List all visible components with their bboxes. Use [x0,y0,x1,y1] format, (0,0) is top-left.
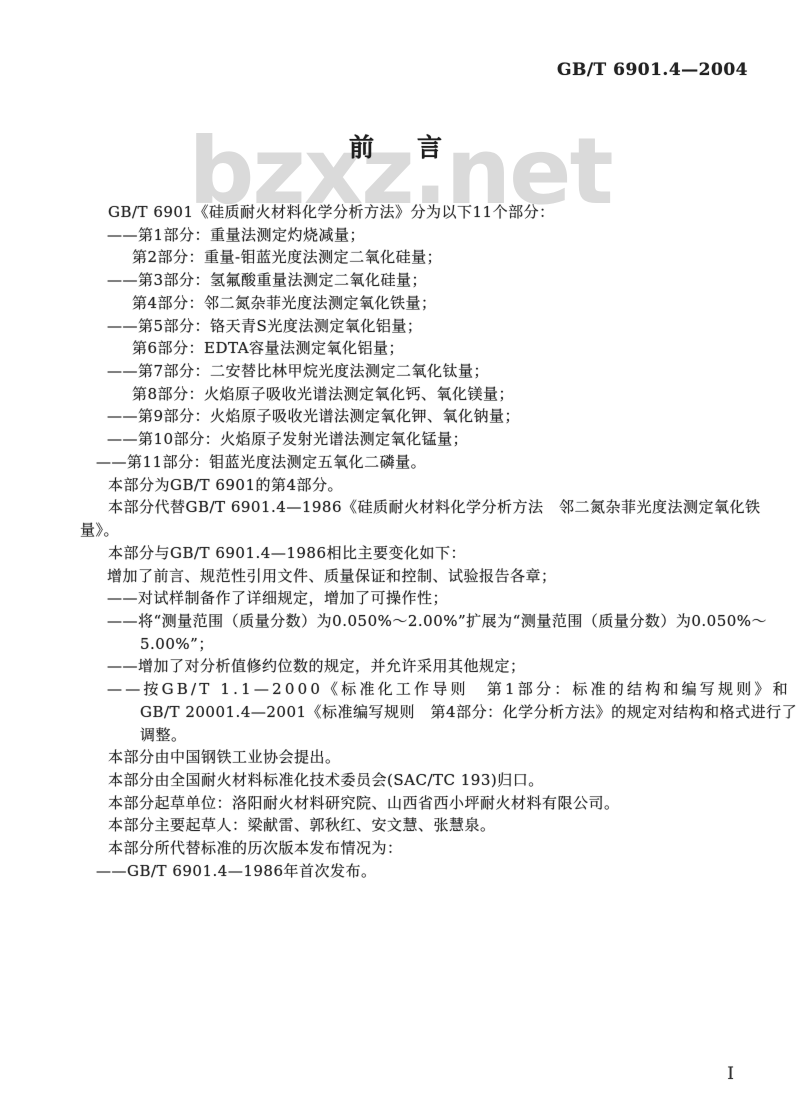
foreword-line: ——第11部分：钼蓝光度法测定五氧化二磷量。 [80,451,770,474]
foreword-line: 5.00%”； [80,633,770,656]
foreword-line: 本部分由中国钢铁工业协会提出。 [80,746,770,769]
foreword-line: ——按GB/T 1.1—2000《标准化工作导则 第1部分：标准的结构和编写规则… [80,678,770,701]
foreword-line: ——GB/T 6901.4—1986年首次发布。 [80,860,770,883]
foreword-line: 本部分主要起草人：梁献雷、郭秋红、安文慧、张慧泉。 [80,814,770,837]
foreword-line: 本部分由全国耐火材料标准化技术委员会(SAC/TC 193)归口。 [80,769,770,792]
foreword-line: 本部分所代替标准的历次版本发布情况为： [80,837,770,860]
foreword-line: ——第10部分：火焰原子发射光谱法测定氧化锰量； [80,428,770,451]
foreword-line: ——第1部分：重量法测定灼烧减量； [80,224,770,247]
foreword-line: 第8部分：火焰原子吸收光谱法测定氧化钙、氧化镁量； [80,383,770,406]
standard-code: GB/T 6901.4—2004 [557,60,748,80]
foreword-line: 增加了前言、规范性引用文件、质量保证和控制、试验报告各章； [80,565,770,588]
foreword-line: 量》。 [80,519,770,542]
foreword-line: 本部分为GB/T 6901的第4部分。 [80,474,770,497]
foreword-body: GB/T 6901《硅质耐火材料化学分析方法》分为以下11个部分：——第1部分：… [80,201,770,883]
foreword-line: 第6部分：EDTA容量法测定氧化铝量； [80,337,770,360]
page-number: I [727,1064,734,1084]
foreword-line: 本部分与GB/T 6901.4—1986相比主要变化如下： [80,542,770,565]
foreword-line: ——将“测量范围（质量分数）为0.050%～2.00%”扩展为“测量范围（质量分… [80,610,770,633]
foreword-line: ——第3部分：氢氟酸重量法测定二氧化硅量； [80,269,770,292]
foreword-line: 本部分起草单位：洛阳耐火材料研究院、山西省西小坪耐火材料有限公司。 [80,792,770,815]
foreword-line: GB/T 6901《硅质耐火材料化学分析方法》分为以下11个部分： [80,201,770,224]
foreword-line: ——对试样制备作了详细规定，增加了可操作性； [80,587,770,610]
foreword-line: ——第7部分：二安替比林甲烷光度法测定二氧化钛量； [80,360,770,383]
foreword-line: 第2部分：重量-钼蓝光度法测定二氧化硅量； [80,246,770,269]
foreword-line: ——第5部分：铬天青S光度法测定氧化铝量； [80,315,770,338]
foreword-line: ——第9部分：火焰原子吸收光谱法测定氧化钾、氧化钠量； [80,405,770,428]
foreword-title: 前 言 [0,128,800,164]
foreword-line: 调整。 [80,724,770,747]
document-page: GB/T 6901.4—2004 bzxz.net 前 言 GB/T 6901《… [0,0,800,1111]
foreword-line: GB/T 20001.4—2001《标准编写规则 第4部分：化学分析方法》的规定… [80,701,770,724]
foreword-line: 第4部分：邻二氮杂菲光度法测定氧化铁量； [80,292,770,315]
foreword-line: ——增加了对分析值修约位数的规定，并允许采用其他规定； [80,655,770,678]
foreword-line: 本部分代替GB/T 6901.4—1986《硅质耐火材料化学分析方法 邻二氮杂菲… [80,496,770,519]
